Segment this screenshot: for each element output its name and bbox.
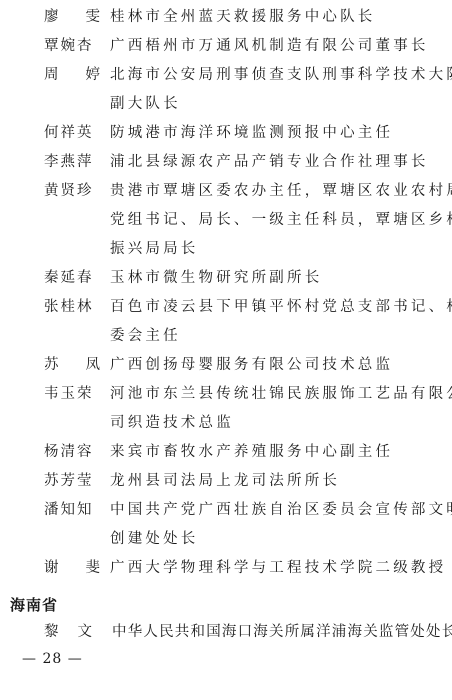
page-number: — 28 —: [22, 651, 83, 667]
person-name: 黎文: [44, 622, 92, 642]
name-char: 廖: [44, 7, 59, 27]
person-title: 中国共产党广西壮族自治区委员会宣传部文明: [110, 500, 452, 520]
list-item: 潘知知 中国共产党广西壮族自治区委员会宣传部文明: [0, 500, 452, 520]
name-char: 文: [78, 622, 93, 642]
person-title: 浦北县绿源农产品产销专业合作社理事长: [110, 152, 429, 172]
person-title-cont: 党组书记、局长、一级主任科员，覃塘区乡村: [110, 210, 452, 230]
section-heading: 海南省: [10, 594, 58, 615]
list-item: 黄贤珍 贵港市覃塘区委农办主任，覃塘区农业农村局: [0, 181, 452, 201]
person-title: 河池市东兰县传统壮锦民族服饰工艺品有限公: [110, 384, 452, 404]
person-name: 潘知知: [44, 500, 102, 520]
person-name: 黄贤珍: [44, 181, 102, 201]
person-title: 广西创扬母婴服务有限公司技术总监: [110, 355, 393, 375]
person-name: 李燕萍: [44, 152, 102, 172]
person-title: 广西大学物理科学与工程技术学院二级教授: [110, 558, 446, 578]
person-title: 广西梧州市万通风机制造有限公司董事长: [110, 36, 429, 56]
list-item-continuation: 司织造技术总监: [0, 413, 452, 433]
person-title: 中华人民共和国海口海关所属洋浦海关监管处处长: [112, 622, 452, 642]
person-title: 贵港市覃塘区委农办主任，覃塘区农业农村局: [110, 181, 452, 201]
name-char: 婷: [86, 65, 101, 85]
person-title-cont: 司织造技术总监: [110, 413, 234, 433]
person-name: 谢斐: [44, 558, 100, 578]
list-item-continuation: 创建处处长: [0, 529, 452, 549]
list-item-continuation: 振兴局局长: [0, 239, 452, 259]
list-item: 苏凤 广西创扬母婴服务有限公司技术总监: [0, 355, 452, 375]
list-item: 张桂林 百色市凌云县下甲镇平怀村党总支部书记、村: [0, 297, 452, 317]
list-item: 覃婉杏 广西梧州市万通风机制造有限公司董事长: [0, 36, 452, 56]
list-item: 杨清容 来宾市畜牧水产养殖服务中心副主任: [0, 442, 452, 462]
list-item-continuation: 党组书记、局长、一级主任科员，覃塘区乡村: [0, 210, 452, 230]
person-name: 廖雯: [44, 7, 100, 27]
list-item: 苏芳莹 龙州县司法局上龙司法所所长: [0, 471, 452, 491]
person-title: 玉林市微生物研究所副所长: [110, 268, 322, 288]
name-char: 苏: [44, 355, 59, 375]
person-name: 周婷: [44, 65, 100, 85]
person-title: 防城港市海洋环境监测预报中心主任: [110, 123, 393, 143]
list-item: 李燕萍 浦北县绿源农产品产销专业合作社理事长: [0, 152, 452, 172]
list-item: 廖雯 桂林市全州蓝天救援服务中心队长: [0, 7, 452, 27]
person-title: 百色市凌云县下甲镇平怀村党总支部书记、村: [110, 297, 452, 317]
list-item: 周婷 北海市公安局刑事侦查支队刑事科学技术大队: [0, 65, 452, 85]
list-item-continuation: 副大队长: [0, 94, 452, 114]
person-name: 张桂林: [44, 297, 102, 317]
person-name: 覃婉杏: [44, 36, 102, 56]
name-char: 谢: [44, 558, 59, 578]
person-title-cont: 振兴局局长: [110, 239, 199, 259]
person-name: 苏凤: [44, 355, 100, 375]
list-item: 黎文 中华人民共和国海口海关所属洋浦海关监管处处长: [0, 622, 452, 642]
person-name: 杨清容: [44, 442, 102, 462]
person-name: 苏芳莹: [44, 471, 102, 491]
person-name: 何祥英: [44, 123, 102, 143]
person-name: 秦延春: [44, 268, 102, 288]
name-char: 斐: [86, 558, 101, 578]
person-title: 北海市公安局刑事侦查支队刑事科学技术大队: [110, 65, 452, 85]
person-title: 桂林市全州蓝天救援服务中心队长: [110, 7, 376, 27]
person-title: 来宾市畜牧水产养殖服务中心副主任: [110, 442, 393, 462]
list-item: 韦玉荣 河池市东兰县传统壮锦民族服饰工艺品有限公: [0, 384, 452, 404]
name-char: 雯: [86, 7, 101, 27]
list-item: 秦延春 玉林市微生物研究所副所长: [0, 268, 452, 288]
list-item: 何祥英 防城港市海洋环境监测预报中心主任: [0, 123, 452, 143]
person-name: 韦玉荣: [44, 384, 102, 404]
name-char: 周: [44, 65, 59, 85]
person-title-cont: 副大队长: [110, 94, 181, 114]
person-title: 龙州县司法局上龙司法所所长: [110, 471, 340, 491]
name-char: 凤: [86, 355, 101, 375]
person-title-cont: 委会主任: [110, 326, 181, 346]
name-char: 黎: [44, 622, 59, 642]
person-title-cont: 创建处处长: [110, 529, 199, 549]
list-item: 谢斐 广西大学物理科学与工程技术学院二级教授: [0, 558, 452, 578]
list-item-continuation: 委会主任: [0, 326, 452, 346]
